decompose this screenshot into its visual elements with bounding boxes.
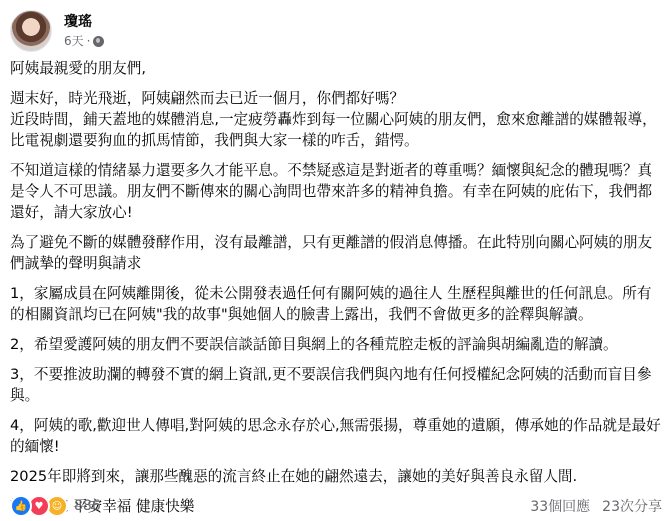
- globe-icon[interactable]: [93, 36, 104, 47]
- post-paragraph: 2025年即將到來，讓那些醜惡的流言終止在她的翩然遠去，讓她的美好與善良永留人間…: [10, 466, 665, 487]
- comments-count-link[interactable]: 33個回應: [530, 496, 590, 516]
- post-paragraph: 不知道這樣的情緒暴力還要多久才能平息。不禁疑惑這是對逝者的尊重嗎？緬懷與紀念的體…: [10, 160, 665, 223]
- author-avatar[interactable]: [10, 10, 52, 52]
- post-paragraph: 週末好，時光飛逝，阿姨翩然而去已近一個月，你們都好嗎？ 近段時間，鋪天蓋地的媒體…: [10, 88, 665, 151]
- reaction-count[interactable]: 886: [74, 498, 101, 514]
- post-paragraph: 阿姨最親愛的朋友們,: [10, 58, 665, 79]
- post-footer: 👍 ♥ ☺ 886 33個回應 23次分享: [10, 495, 662, 517]
- post-paragraph: 為了避免不斷的媒體發酵作用，沒有最離譜，只有更離譜的假消息傳播。在此特別向關心阿…: [10, 232, 665, 274]
- post-paragraph: 2，希望愛護阿姨的朋友們不要誤信談話節目與網上的各種荒腔走板的評論與胡編亂造的解…: [10, 334, 665, 355]
- author-name[interactable]: 瓊瑤: [64, 13, 104, 31]
- post-paragraph: 1，家屬成員在阿姨離開後，從未公開發表過任何有關阿姨的過往人 生歷程與離世的任何…: [10, 283, 665, 325]
- shares-count-link[interactable]: 23次分享: [602, 496, 662, 516]
- post-header: 瓊瑤 6天 ·: [10, 10, 104, 52]
- post-paragraph: 3，不要推波助瀾的轉發不實的網上資訊,更不要誤信我們與內地有任何授權紀念阿姨的活…: [10, 364, 665, 406]
- reactions-summary[interactable]: 👍 ♥ ☺ 886: [10, 495, 101, 517]
- post-meta: 瓊瑤 6天 ·: [64, 13, 104, 49]
- post-paragraph: 4，阿姨的歌,歡迎世人傳唱,對阿姨的思念永存於心,無需張揚，尊重她的遺願，傳承她…: [10, 415, 665, 457]
- post-time[interactable]: 6天: [64, 33, 84, 49]
- timestamp-row: 6天 ·: [64, 33, 104, 49]
- facebook-post: 瓊瑤 6天 · 阿姨最親愛的朋友們,週末好，時光飛逝，阿姨翩然而去已近一個月，你…: [0, 0, 672, 521]
- separator-dot: ·: [87, 33, 91, 49]
- thumbs-up-icon: 👍: [10, 495, 32, 517]
- post-body: 阿姨最親愛的朋友們,週末好，時光飛逝，阿姨翩然而去已近一個月，你們都好嗎？ 近段…: [10, 58, 665, 521]
- engagement-stats: 33個回應 23次分享: [518, 496, 662, 516]
